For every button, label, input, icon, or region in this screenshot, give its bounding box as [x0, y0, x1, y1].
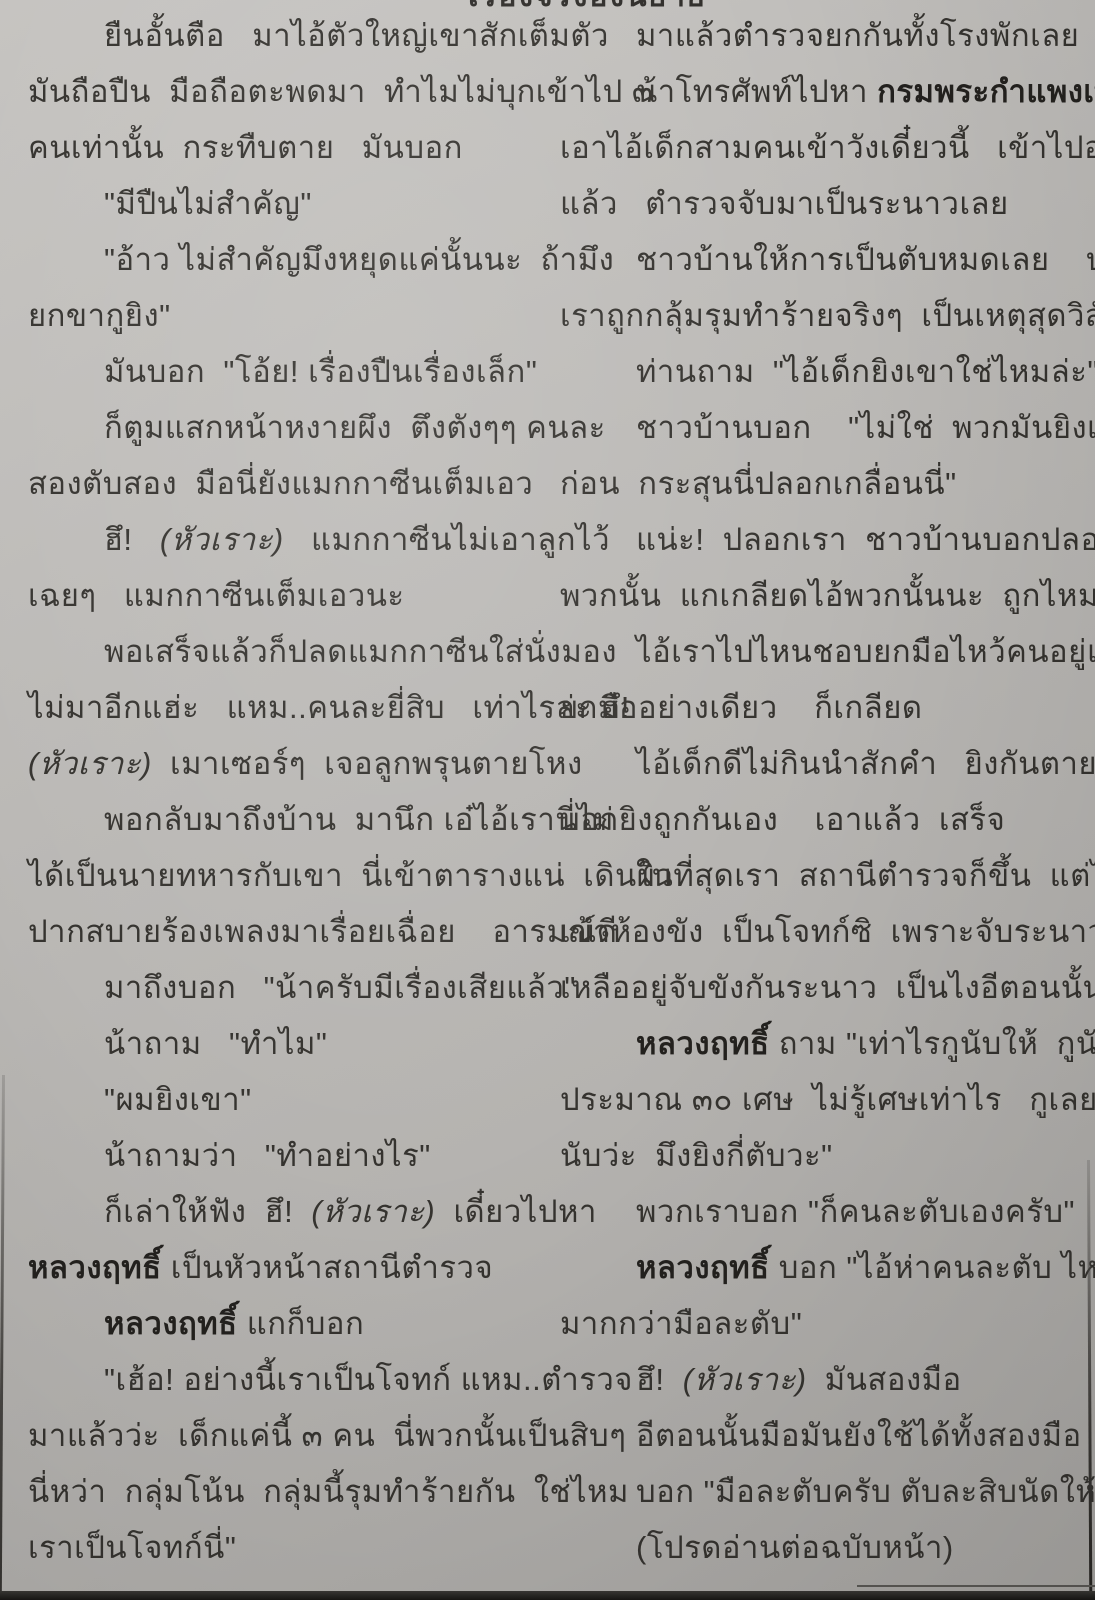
text-line: "มีปืนไม่สำคัญ": [28, 176, 528, 232]
text-line: อีตอนนั้นมือมันยังใช้ได้ทั้งสองมือ: [560, 1408, 1082, 1464]
text-line: หลวงฤทธิ์ เป็นหัวหน้าสถานีตำรวจ: [28, 1240, 528, 1296]
text-segment: มาถึงบอก "น้าครับมีเรื่องเสียแล้ว": [104, 970, 576, 1005]
text-line: มันถือปืน มือถือตะพดมา ทำไมไม่บุกเข้าไป …: [28, 64, 528, 120]
text-segment: เมาเซอร์ๆ เจอลูกพรุนตายโหง: [152, 746, 583, 781]
text-segment: นับว่ะ มึงยิงกี่ตับวะ": [560, 1138, 833, 1173]
text-segment: เหลืออยู่จับขังกันระนาว เป็นไงอีตอนนั้นถ…: [560, 970, 1095, 1005]
text-segment: เอาไอ้เด็กสามคนเข้าวังเดี๋ยวนี้ เข้าไปอย…: [560, 130, 1095, 165]
text-line: ยกมืออย่างเดียว ก็เกลียด: [560, 680, 1082, 736]
text-line: มาถึงบอก "น้าครับมีเรื่องเสียแล้ว": [28, 960, 528, 1016]
text-line: "เฮ้อ! อย่างนี้เราเป็นโจทก์ แหม..ตำรวจ: [28, 1352, 528, 1408]
text-segment: น้าถามว่า "ทำอย่างไร": [104, 1138, 431, 1173]
text-line: ในที่สุดเรา สถานีตำรวจก็ขึ้น แต่ไม่ได้: [560, 848, 1082, 904]
text-segment: พวกเราบอก "ก็คนละตับเองครับ": [636, 1194, 1075, 1229]
text-segment: เราเป็นโจทก์นี่": [28, 1530, 236, 1565]
text-segment: พอเสร็จแล้วก็ปลดแมกกาซีนใส่นั่งมอง: [104, 634, 617, 669]
text-segment: ไม่มาอีกแฮ่ะ แหม..คนละยี่สิบ เท่าไรล่ะ ฮ…: [28, 690, 630, 725]
text-line: พอกลับมาถึงบ้าน มานึก เอ๋ไอ้เรานี่ไม่: [28, 792, 528, 848]
bold-text: หลวงฤทธิ์: [636, 1250, 770, 1285]
text-segment: เฉยๆ แมกกาซีนเต็มเอวนะ: [28, 578, 405, 613]
text-segment: ฮึ!: [104, 522, 160, 557]
text-segment: มาแล้วตำรวจยกกันทั้งโรงพักเลย: [636, 18, 1079, 53]
text-segment: ยืนอั้นตือ มาไอ้ตัวใหญ่เขาสักเต็มตัว: [104, 18, 609, 53]
text-segment: พอกลับมาถึงบ้าน มานึก เอ๋ไอ้เรานี่ไม่: [104, 802, 614, 837]
page-edge-line-left: [0, 1075, 5, 1600]
text-segment: แน่ะ! ปลอกเรา ชาวบ้านบอกปลอกไอ้: [636, 522, 1095, 557]
text-segment: เราถูกกลุ้มรุมทำร้ายจริงๆ เป็นเหตุสุดวิส…: [560, 298, 1095, 333]
text-segment: มากกว่ามือละตับ": [560, 1306, 802, 1341]
text-line: ได้เป็นนายทหารกับเขา นี่เข้าตารางแน่ เดิ…: [28, 848, 528, 904]
text-segment: ชาวบ้านบอก "ไม่ใช่ พวกมันยิงเด็ก: [636, 410, 1095, 445]
text-segment: เป็นหัวหน้าสถานีตำรวจ: [162, 1250, 494, 1285]
text-line: (โปรดอ่านต่อฉบับหน้า): [560, 1520, 1082, 1576]
text-segment: ชาวบ้านให้การเป็นตับหมดเลย บอก: [636, 242, 1095, 277]
text-line: หลวงฤทธิ์ แกก็บอก: [28, 1296, 528, 1352]
italic-stage-direction: (หัวเราะ): [683, 1362, 807, 1397]
text-segment: "มีปืนไม่สำคัญ": [104, 186, 312, 221]
text-line: (หัวเราะ) เมาเซอร์ๆ เจอลูกพรุนตายโหง: [28, 736, 528, 792]
text-line: ไอ้เราไปไหนชอบยกมือไหว้คนอยู่แล้ว: [560, 624, 1082, 680]
text-segment: เข้าห้องขัง เป็นโจทก์ซิ เพราะจับระนาว ไอ…: [560, 914, 1095, 949]
text-segment: อีตอนนั้นมือมันยังใช้ได้ทั้งสองมือ: [636, 1418, 1082, 1453]
scanned-page: เรื่องจริงอิงนิยาย ยืนอั้นตือ มาไอ้ตัวให…: [0, 0, 1095, 1600]
text-segment: ในที่สุดเรา สถานีตำรวจก็ขึ้น แต่ไม่ได้: [636, 858, 1095, 893]
text-segment: ก็ตูมแสกหน้าหงายผึง ตึงตังๆๆ คนละ: [104, 410, 606, 445]
text-line: นี่หว่า กลุ่มโน้น กลุ่มนี้รุมทำร้ายกัน ใ…: [28, 1464, 528, 1520]
text-line: ปากสบายร้องเพลงมาเรื่อยเฉื่อย อารมณ์ดี: [28, 904, 528, 960]
text-segment: แกก็บอก: [238, 1306, 365, 1341]
text-segment: ก่อน กระสุนนี่ปลอกเกลื่อนนี่": [560, 466, 957, 501]
text-segment: ท่านถาม "ไอ้เด็กยิงเขาใช่ไหมล่ะ": [636, 354, 1095, 389]
text-segment: บอก "ไอ้ห่าคนละตับ ไหงตาย: [770, 1250, 1095, 1285]
italic-stage-direction: (หัวเราะ): [28, 746, 152, 781]
text-segment: บอก "มือละตับครับ ตับละสิบนัดให้มา": [636, 1474, 1095, 1509]
text-segment: นี่หว่า กลุ่มโน้น กลุ่มนี้รุมทำร้ายกัน ใ…: [28, 1474, 629, 1509]
italic-stage-direction: (หัวเราะ): [160, 522, 284, 557]
text-line: พอเสร็จแล้วก็ปลดแมกกาซีนใส่นั่งมอง: [28, 624, 528, 680]
text-line: ก็ตูมแสกหน้าหงายผึง ตึงตังๆๆ คนละ: [28, 400, 528, 456]
text-segment: ไอ้เราไปไหนชอบยกมือไหว้คนอยู่แล้ว: [636, 634, 1095, 669]
text-line: พวกนั้น แกเกลียดไอ้พวกนั้นนะ ถูกไหมล่ะ: [560, 568, 1082, 624]
italic-stage-direction: (หัวเราะ): [311, 1194, 435, 1229]
text-line: หลวงฤทธิ์ ถาม "เท่าไรกูนับให้ กูนับได้: [560, 1016, 1082, 1072]
text-line: ไอ้เด็กดีไม่กินนำสักคำ ยิงกันตายเอง: [560, 736, 1082, 792]
text-line: ท่านถาม "ไอ้เด็กยิงเขาใช่ไหมล่ะ": [560, 344, 1082, 400]
text-segment: สองตับสอง มือนี่ยังแมกกาซีนเต็มเอว: [28, 466, 533, 501]
text-line: มาแล้วตำรวจยกกันทั้งโรงพักเลย: [560, 8, 1082, 64]
text-segment: ฮึ!: [636, 1362, 683, 1397]
text-line: เราถูกกลุ้มรุมทำร้ายจริงๆ เป็นเหตุสุดวิส…: [560, 288, 1082, 344]
text-line: แล้ว ตำรวจจับมาเป็นระนาวเลย: [560, 176, 1082, 232]
text-line: "อ้าว ไม่สำคัญมึงหยุดแค่นั้นนะ ถ้ามึง: [28, 232, 528, 288]
bold-text: กรมพระกำแพงเพชร: [877, 74, 1095, 109]
bold-text: หลวงฤทธิ์: [28, 1250, 162, 1285]
text-column-right: มาแล้วตำรวจยกกันทั้งโรงพักเลยน้าโทรศัพท์…: [560, 8, 1082, 1576]
text-segment: มาแล้วว่ะ เด็กแค่นี้ ๓ คน นี่พวกนั้นเป็น…: [28, 1418, 626, 1453]
text-line: คนเท่านั้น กระทืบตาย มันบอก: [28, 120, 528, 176]
text-line: เราเป็นโจทก์นี่": [28, 1520, 528, 1576]
text-line: สองตับสอง มือนี่ยังแมกกาซีนเต็มเอว: [28, 456, 528, 512]
text-line: พวกเราบอก "ก็คนละตับเองครับ": [560, 1184, 1082, 1240]
footer-rule: [857, 1585, 1095, 1587]
text-line: ประมาณ ๓๐ เศษ ไม่รู้เศษเท่าไร กูเลยขี้เก…: [560, 1072, 1082, 1128]
text-segment: แล้ว ตำรวจจับมาเป็นระนาวเลย: [560, 186, 1009, 221]
text-segment: ยกมืออย่างเดียว ก็เกลียด: [560, 690, 923, 725]
text-column-left: ยืนอั้นตือ มาไอ้ตัวใหญ่เขาสักเต็มตัวมันถ…: [28, 8, 528, 1576]
text-line: บอก "มือละตับครับ ตับละสิบนัดให้มา": [560, 1464, 1082, 1520]
text-line: ฮึ! (หัวเราะ) มันสองมือ: [560, 1352, 1082, 1408]
text-line: มันบอก "โอ้ย! เรื่องปืนเรื่องเล็ก": [28, 344, 528, 400]
text-segment: น้าโทรศัพท์ไปหา: [636, 74, 877, 109]
text-line: บอกยิงถูกกันเอง เอาแล้ว เสร็จ: [560, 792, 1082, 848]
text-segment: มันสองมือ: [807, 1362, 962, 1397]
bold-text: หลวงฤทธิ์: [636, 1026, 770, 1061]
text-segment: ยกขากูยิง": [28, 298, 171, 333]
page-edge-line-right: [1087, 1160, 1092, 1600]
text-line: ยืนอั้นตือ มาไอ้ตัวใหญ่เขาสักเต็มตัว: [28, 8, 528, 64]
text-line: เอาไอ้เด็กสามคนเข้าวังเดี๋ยวนี้ เข้าไปอย…: [560, 120, 1082, 176]
text-line: มากกว่ามือละตับ": [560, 1296, 1082, 1352]
text-line: ไม่มาอีกแฮ่ะ แหม..คนละยี่สิบ เท่าไรล่ะ ฮ…: [28, 680, 528, 736]
text-segment: (โปรดอ่านต่อฉบับหน้า): [636, 1530, 954, 1565]
text-line: น้าโทรศัพท์ไปหา กรมพระกำแพงเพชร: [560, 64, 1082, 120]
text-segment: "อ้าว ไม่สำคัญมึงหยุดแค่นั้นนะ ถ้ามึง: [104, 242, 614, 277]
text-segment: บอกยิงถูกกันเอง เอาแล้ว เสร็จ: [560, 802, 1005, 837]
text-segment: พวกนั้น แกเกลียดไอ้พวกนั้นนะ ถูกไหมล่ะ: [560, 578, 1095, 613]
text-segment: ปากสบายร้องเพลงมาเรื่อยเฉื่อย อารมณ์ดี: [28, 914, 617, 949]
text-segment: ไอ้เด็กดีไม่กินนำสักคำ ยิงกันตายเอง: [636, 746, 1095, 781]
text-line: ฮึ! (หัวเราะ) แมกกาซีนไม่เอาลูกไว้: [28, 512, 528, 568]
text-segment: มันบอก "โอ้ย! เรื่องปืนเรื่องเล็ก": [104, 354, 537, 389]
text-segment: คนเท่านั้น กระทืบตาย มันบอก: [28, 130, 463, 165]
text-line: น้าถามว่า "ทำอย่างไร": [28, 1128, 528, 1184]
text-segment: ถาม "เท่าไรกูนับให้ กูนับได้: [770, 1026, 1095, 1061]
text-line: เฉยๆ แมกกาซีนเต็มเอวนะ: [28, 568, 528, 624]
text-line: ก่อน กระสุนนี่ปลอกเกลื่อนนี่": [560, 456, 1082, 512]
text-segment: ประมาณ ๓๐ เศษ ไม่รู้เศษเท่าไร กูเลยขี้เก…: [560, 1082, 1095, 1117]
text-line: ชาวบ้านให้การเป็นตับหมดเลย บอก: [560, 232, 1082, 288]
text-line: น้าถาม "ทำไม": [28, 1016, 528, 1072]
text-line: มาแล้วว่ะ เด็กแค่นี้ ๓ คน นี่พวกนั้นเป็น…: [28, 1408, 528, 1464]
text-segment: น้าถาม "ทำไม": [104, 1026, 327, 1061]
text-segment: "ผมยิงเขา": [104, 1082, 252, 1117]
text-line: เหลืออยู่จับขังกันระนาว เป็นไงอีตอนนั้นถ…: [560, 960, 1082, 1016]
text-line: ยกขากูยิง": [28, 288, 528, 344]
text-line: นับว่ะ มึงยิงกี่ตับวะ": [560, 1128, 1082, 1184]
text-line: แน่ะ! ปลอกเรา ชาวบ้านบอกปลอกไอ้: [560, 512, 1082, 568]
bottom-scan-bar: [0, 1591, 1095, 1600]
text-segment: "เฮ้อ! อย่างนี้เราเป็นโจทก์ แหม..ตำรวจ: [104, 1362, 633, 1397]
text-line: หลวงฤทธิ์ บอก "ไอ้ห่าคนละตับ ไหงตาย: [560, 1240, 1082, 1296]
text-segment: ก็เล่าให้ฟัง ฮึ!: [104, 1194, 311, 1229]
bold-text: หลวงฤทธิ์: [104, 1306, 238, 1341]
text-line: ชาวบ้านบอก "ไม่ใช่ พวกมันยิงเด็ก: [560, 400, 1082, 456]
text-line: เข้าห้องขัง เป็นโจทก์ซิ เพราะจับระนาว ไอ…: [560, 904, 1082, 960]
text-line: "ผมยิงเขา": [28, 1072, 528, 1128]
text-line: ก็เล่าให้ฟัง ฮึ! (หัวเราะ) เดี๋ยวไปหา: [28, 1184, 528, 1240]
